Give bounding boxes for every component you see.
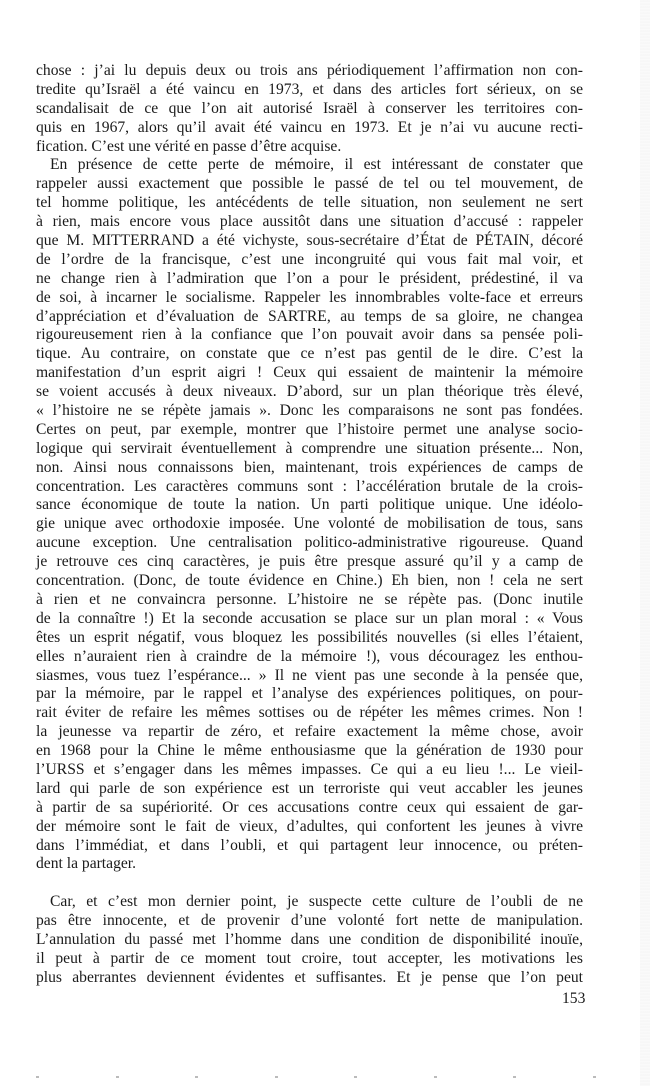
text-line: Car, et c’est mon dernier point, je susp…: [36, 893, 583, 912]
paragraph-1: chose : j’ai lu depuis deux ou trois ans…: [36, 62, 583, 156]
scan-speck: [354, 1076, 357, 1078]
scan-edge-artifact: [640, 0, 650, 1086]
text-line: en 1968 pour la Chine le même enthousias…: [36, 742, 583, 761]
text-line: dans l’immédiat, et dans l’oubli, et qui…: [36, 837, 583, 856]
scan-speck: [275, 1076, 278, 1078]
text-line: la jeunesse va repartir de zéro, et refa…: [36, 723, 583, 742]
text-line: dent la partager.: [36, 855, 583, 874]
text-line: scandalisait de ce que l’on ait autorisé…: [36, 100, 583, 119]
scan-noise-footer: [36, 1076, 596, 1079]
text-line: chose : j’ai lu depuis deux ou trois ans…: [36, 62, 583, 81]
text-line: der mémoire sont le fait de vieux, d’adu…: [36, 818, 583, 837]
text-line: que M. MITTERRAND a été vichyste, sous-s…: [36, 232, 583, 251]
paragraph-2: En présence de cette perte de mémoire, i…: [36, 156, 583, 874]
text-line: logique qui servirait éventuellement à c…: [36, 440, 583, 459]
page-body: chose : j’ai lu depuis deux ou trois ans…: [36, 62, 583, 988]
text-line: d’appréciation et d’évaluation de SARTRE…: [36, 308, 583, 327]
page-number: 153: [562, 990, 585, 1008]
text-line: Certes on peut, par exemple, montrer que…: [36, 421, 583, 440]
text-line: à rien, mais encore vous place aussitôt …: [36, 213, 583, 232]
text-line: fication. C’est une vérité en passe d’êt…: [36, 138, 583, 157]
text-line: tredite qu’Israël a été vaincu en 1973, …: [36, 81, 583, 100]
text-line: plus aberrantes deviennent évidentes et …: [36, 969, 583, 988]
text-line: gie unique avec orthodoxie imposée. Une …: [36, 515, 583, 534]
text-line: siasmes, vous tuez l’espérance... » Il n…: [36, 667, 583, 686]
scan-speck: [513, 1076, 516, 1078]
text-line: de la connaître !) Et la seconde accusat…: [36, 610, 583, 629]
text-line: êtes un esprit négatif, vous bloquez les…: [36, 629, 583, 648]
text-line: de soi, à incarner le socialisme. Rappel…: [36, 289, 583, 308]
text-line: L’annulation du passé met l’homme dans u…: [36, 931, 583, 950]
text-line: il peut à partir de ce moment tout croir…: [36, 950, 583, 969]
text-line: rait éviter de refaire les mêmes sottise…: [36, 704, 583, 723]
text-line: à rien et ne convaincra personne. L’hist…: [36, 591, 583, 610]
text-line: concentration. Les caractères communs so…: [36, 478, 583, 497]
scan-speck: [116, 1076, 119, 1078]
text-line: rigoureusement rien à la confiance que l…: [36, 326, 583, 345]
scan-speck: [593, 1076, 596, 1078]
scan-speck: [195, 1076, 198, 1078]
scan-speck: [434, 1076, 437, 1078]
scan-speck: [36, 1076, 39, 1078]
paragraph-3: Car, et c’est mon dernier point, je susp…: [36, 893, 583, 987]
text-line: non. Ainsi nous connaissons bien, mainte…: [36, 459, 583, 478]
text-line: rappeler aussi exactement que possible l…: [36, 175, 583, 194]
text-line: tel homme politique, les antécédents de …: [36, 194, 583, 213]
text-line: ne change rien à l’admiration que l’on a…: [36, 270, 583, 289]
text-line: par la mémoire, par le rappel et l’analy…: [36, 685, 583, 704]
text-line: à partir de sa supériorité. Or ces accus…: [36, 799, 583, 818]
text-line: se voient accusés à deux niveaux. D’abor…: [36, 383, 583, 402]
text-line: elles n’auraient rien à craindre de la m…: [36, 648, 583, 667]
text-line: je retrouve ces cinq caractères, je puis…: [36, 553, 583, 572]
text-line: quis en 1967, alors qu’il avait été vain…: [36, 119, 583, 138]
text-line: concentration. (Donc, de toute évidence …: [36, 572, 583, 591]
text-line: En présence de cette perte de mémoire, i…: [36, 156, 583, 175]
text-line: tique. Au contraire, on constate que ce …: [36, 345, 583, 364]
text-line: manifestation d’un esprit aigri ! Ceux q…: [36, 364, 583, 383]
paragraph-gap: [36, 874, 583, 893]
text-line: pas être innocente, et de provenir d’une…: [36, 912, 583, 931]
text-line: lard qui parle de son expérience est un …: [36, 780, 583, 799]
text-line: sance économique de toute la nation. Un …: [36, 496, 583, 515]
text-line: « l’histoire ne se répète jamais ». Donc…: [36, 402, 583, 421]
text-line: de l’ordre de la francisque, c’est une i…: [36, 251, 583, 270]
text-line: l’URSS et s’engager dans les mêmes impas…: [36, 761, 583, 780]
text-line: aucune exception. Une centralisation pol…: [36, 534, 583, 553]
